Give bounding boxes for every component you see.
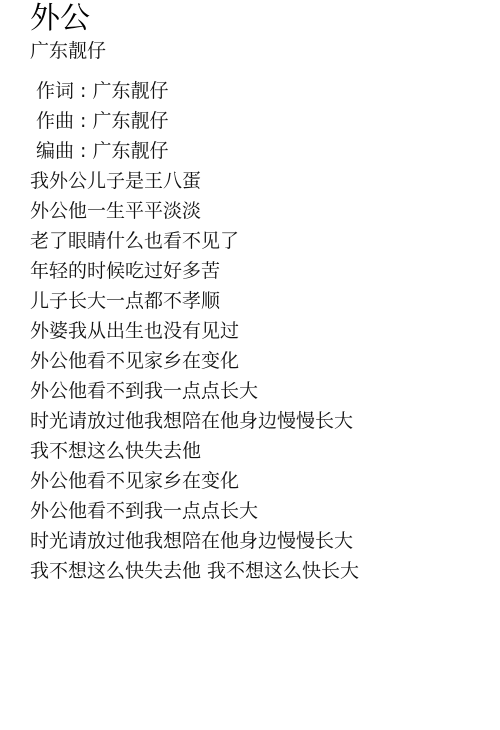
lyric-line: 我不想这么快失去他 — [30, 436, 359, 466]
credit-arranger: 编曲 : 广东靓仔 — [30, 136, 359, 166]
lyric-line: 外公他看不到我一点点长大 — [30, 376, 359, 406]
lyric-line: 我不想这么快失去他 我不想这么快长大 — [30, 556, 359, 586]
lyric-line: 时光请放过他我想陪在他身边慢慢长大 — [30, 526, 359, 556]
lyric-line: 外公他看不到我一点点长大 — [30, 496, 359, 526]
credit-composer: 作曲 : 广东靓仔 — [30, 106, 359, 136]
lyric-line: 老了眼睛什么也看不见了 — [30, 226, 359, 256]
lyric-line: 外婆我从出生也没有见过 — [30, 316, 359, 346]
lyric-line: 年轻的时候吃过好多苦 — [30, 256, 359, 286]
song-title: 外公 — [30, 0, 359, 38]
lyric-line: 外公他看不见家乡在变化 — [30, 466, 359, 496]
lyric-line: 外公他看不见家乡在变化 — [30, 346, 359, 376]
song-artist: 广东靓仔 — [30, 38, 359, 64]
lyrics-body: 作词 : 广东靓仔 作曲 : 广东靓仔 编曲 : 广东靓仔 我外公儿子是王八蛋 … — [30, 76, 359, 586]
credit-lyricist: 作词 : 广东靓仔 — [30, 76, 359, 106]
lyric-line: 我外公儿子是王八蛋 — [30, 166, 359, 196]
lyric-line: 外公他一生平平淡淡 — [30, 196, 359, 226]
lyric-line: 时光请放过他我想陪在他身边慢慢长大 — [30, 406, 359, 436]
lyric-line: 儿子长大一点都不孝顺 — [30, 286, 359, 316]
lyrics-page: 外公 广东靓仔 作词 : 广东靓仔 作曲 : 广东靓仔 编曲 : 广东靓仔 我外… — [30, 0, 359, 586]
